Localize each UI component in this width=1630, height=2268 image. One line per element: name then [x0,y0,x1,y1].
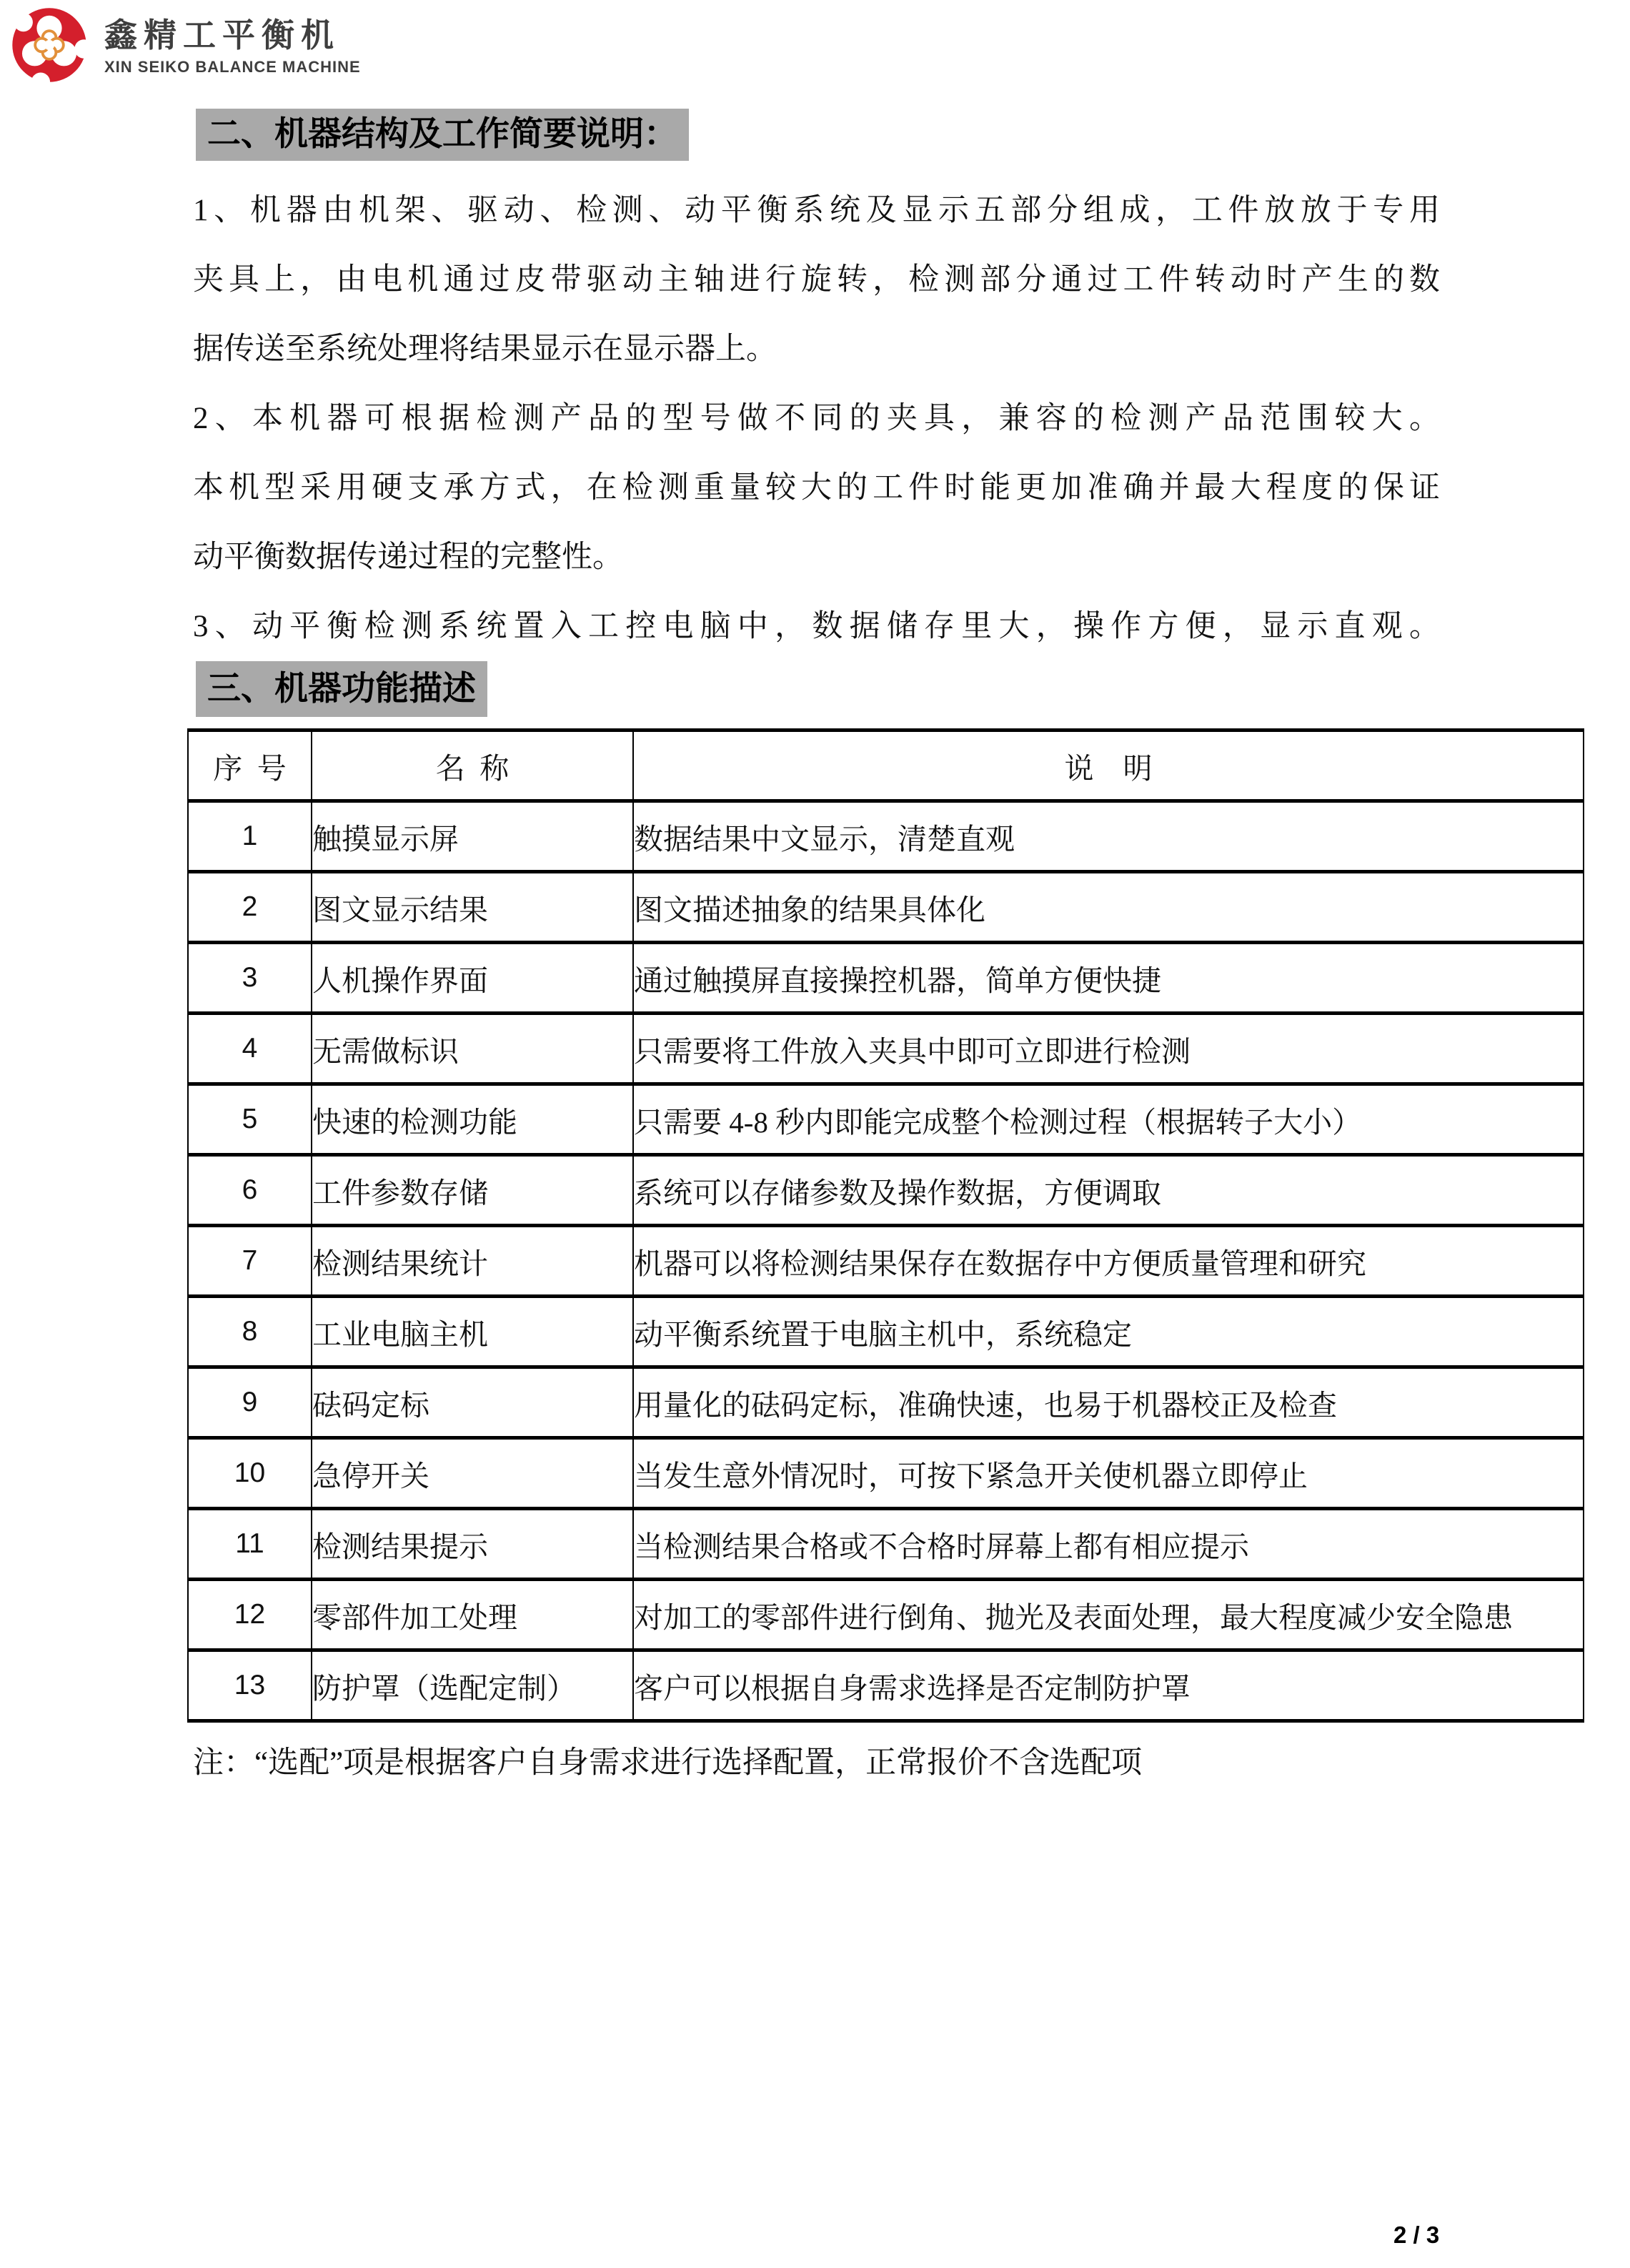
table-row: 11 检测结果提示 当检测结果合格或不合格时屏幕上都有相应提示 [188,1509,1584,1580]
row-no: 5 [188,1084,312,1155]
row-name: 工业电脑主机 [312,1297,633,1367]
table-row: 3 人机操作界面 通过触摸屏直接操控机器，简单方便快捷 [188,943,1584,1014]
table-row: 9 砝码定标 用量化的砝码定标，准确快速，也易于机器校正及检查 [188,1367,1584,1438]
row-name: 无需做标识 [312,1014,633,1084]
row-no: 12 [188,1580,312,1650]
row-desc: 当检测结果合格或不合格时屏幕上都有相应提示 [633,1509,1584,1580]
company-name-cn: 鑫精工平衡机 [104,17,361,54]
company-name-en: XIN SEIKO BALANCE MACHINE [104,58,361,76]
page-number: 2 / 3 [1393,2222,1439,2249]
row-no: 8 [188,1297,312,1367]
row-name: 检测结果统计 [312,1226,633,1297]
structure-paragraphs: 1、机器由机架、驱动、检测、动平衡系统及显示五部分组成，工件放放于专用 夹具上，… [187,176,1583,661]
paragraph-line: 动平衡数据传递过程的完整性。 [193,523,1440,592]
row-no: 3 [188,943,312,1014]
table-row: 6 工件参数存储 系统可以存储参数及操作数据，方便调取 [188,1155,1584,1226]
row-name: 砝码定标 [312,1367,633,1438]
row-no: 1 [188,801,312,872]
section-heading-structure: 二、机器结构及工作简要说明： [196,109,689,161]
row-no: 2 [188,872,312,943]
paragraph-line: 1、机器由机架、驱动、检测、动平衡系统及显示五部分组成，工件放放于专用 [193,176,1440,245]
document-page: 鑫精工平衡机 XIN SEIKO BALANCE MACHINE 二、机器结构及… [0,0,1630,2268]
paragraph-line: 3、动平衡检测系统置入工控电脑中，数据储存里大，操作方便，显示直观。 [193,592,1440,661]
row-no: 11 [188,1509,312,1580]
row-no: 10 [188,1438,312,1509]
features-table: 序 号 名 称 说 明 1 触摸显示屏 数据结果中文显示，清楚直观 2 图文显示… [187,728,1584,1723]
table-header-row: 序 号 名 称 说 明 [188,731,1584,801]
row-desc: 通过触摸屏直接操控机器，简单方便快捷 [633,943,1584,1014]
table-row: 5 快速的检测功能 只需要 4-8 秒内即能完成整个检测过程（根据转子大小） [188,1084,1584,1155]
row-desc: 只需要 4-8 秒内即能完成整个检测过程（根据转子大小） [633,1084,1584,1155]
table-row: 1 触摸显示屏 数据结果中文显示，清楚直观 [188,801,1584,872]
row-name: 图文显示结果 [312,872,633,943]
table-row: 13 防护罩（选配定制） 客户可以根据自身需求选择是否定制防护罩 [188,1650,1584,1721]
paragraph-line: 本机型采用硬支承方式，在检测重量较大的工件时能更加准确并最大程度的保证 [193,453,1440,523]
row-desc: 系统可以存储参数及操作数据，方便调取 [633,1155,1584,1226]
row-desc: 对加工的零部件进行倒角、抛光及表面处理，最大程度减少安全隐患 [633,1580,1584,1650]
row-desc: 客户可以根据自身需求选择是否定制防护罩 [633,1650,1584,1721]
table-row: 7 检测结果统计 机器可以将检测结果保存在数据存中方便质量管理和研究 [188,1226,1584,1297]
row-name: 快速的检测功能 [312,1084,633,1155]
row-no: 13 [188,1650,312,1721]
row-no: 9 [188,1367,312,1438]
paragraph-line: 2、本机器可根据检测产品的型号做不同的夹具，兼容的检测产品范围较大。 [193,384,1440,453]
table-row: 10 急停开关 当发生意外情况时，可按下紧急开关使机器立即停止 [188,1438,1584,1509]
row-name: 触摸显示屏 [312,801,633,872]
row-desc: 当发生意外情况时，可按下紧急开关使机器立即停止 [633,1438,1584,1509]
paragraph-line: 夹具上，由电机通过皮带驱动主轴进行旋转，检测部分通过工件转动时产生的数 [193,245,1440,315]
row-no: 4 [188,1014,312,1084]
section-heading-function: 三、机器功能描述 [196,661,487,717]
row-name: 人机操作界面 [312,943,633,1014]
balance-machine-logo-icon [10,6,89,88]
row-name: 工件参数存储 [312,1155,633,1226]
row-desc: 机器可以将检测结果保存在数据存中方便质量管理和研究 [633,1226,1584,1297]
paragraph-line: 据传送至系统处理将结果显示在显示器上。 [193,315,1440,384]
row-desc: 图文描述抽象的结果具体化 [633,872,1584,943]
row-desc: 动平衡系统置于电脑主机中，系统稳定 [633,1297,1584,1367]
table-row: 2 图文显示结果 图文描述抽象的结果具体化 [188,872,1584,943]
col-header-name: 名 称 [312,731,633,801]
table-row: 8 工业电脑主机 动平衡系统置于电脑主机中，系统稳定 [188,1297,1584,1367]
note-text: 注：“选配”项是根据客户自身需求进行选择配置，正常报价不含选配项 [193,1741,1583,1786]
row-desc: 只需要将工件放入夹具中即可立即进行检测 [633,1014,1584,1084]
row-desc: 用量化的砝码定标，准确快速，也易于机器校正及检查 [633,1367,1584,1438]
col-header-no: 序 号 [188,731,312,801]
row-name: 零部件加工处理 [312,1580,633,1650]
row-no: 6 [188,1155,312,1226]
table-row: 4 无需做标识 只需要将工件放入夹具中即可立即进行检测 [188,1014,1584,1084]
logo: 鑫精工平衡机 XIN SEIKO BALANCE MACHINE [10,6,361,88]
row-name: 急停开关 [312,1438,633,1509]
document-body: 二、机器结构及工作简要说明： 1、机器由机架、驱动、检测、动平衡系统及显示五部分… [187,109,1583,1786]
row-desc: 数据结果中文显示，清楚直观 [633,801,1584,872]
col-header-desc: 说 明 [633,731,1584,801]
table-row: 12 零部件加工处理 对加工的零部件进行倒角、抛光及表面处理，最大程度减少安全隐… [188,1580,1584,1650]
row-name: 检测结果提示 [312,1509,633,1580]
row-no: 7 [188,1226,312,1297]
row-name: 防护罩（选配定制） [312,1650,633,1721]
